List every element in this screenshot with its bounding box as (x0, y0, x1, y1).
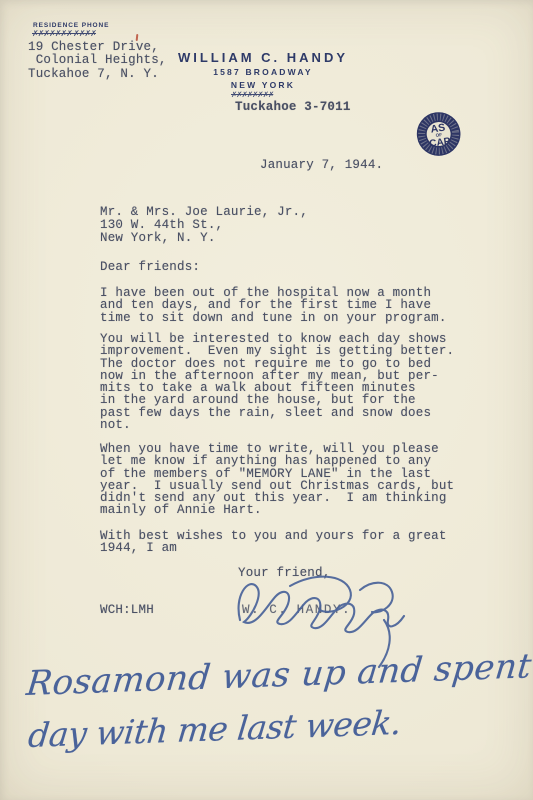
letter-date: January 7, 1944. (260, 159, 383, 171)
handwritten-note: Rosamond was up and spent a day with me … (26, 645, 533, 755)
paragraph-4: With best wishes to you and yours for a … (100, 530, 447, 555)
typed-phone: Tuckahoe 3-7011 (235, 101, 351, 113)
handwritten-note-line-2: day with me last week. (26, 697, 533, 755)
paragraph-2: You will be interested to know each day … (100, 333, 454, 431)
salutation: Dear friends: (100, 261, 200, 273)
letterhead-city: NEW YORK (163, 80, 363, 90)
letterhead-street: 1587 BROADWAY (163, 67, 363, 77)
letterhead-name: WILLIAM C. HANDY (163, 50, 363, 65)
paragraph-1: I have been out of the hospital now a mo… (100, 287, 447, 324)
return-address: 19 Chester Drive, Colonial Heights, Tuck… (28, 41, 167, 81)
ascap-seal-icon: AS OF CAP (412, 107, 466, 161)
struck-letterhead-phone: ✗✗✗✗✗✗✗✗ (231, 90, 273, 99)
ascap-seal: AS OF CAP (412, 107, 467, 166)
letter-page: RESIDENCE PHONE ✗✗✗✗✗✗✗ ✗✗✗✗ 19 Chester … (0, 0, 533, 800)
paragraph-3: When you have time to write, will you pl… (100, 443, 454, 517)
struck-residence-phone: ✗✗✗✗✗✗✗ ✗✗✗✗ (32, 29, 96, 38)
recipient-address: Mr. & Mrs. Joe Laurie, Jr., 130 W. 44th … (100, 206, 308, 246)
residence-phone-label: RESIDENCE PHONE (33, 22, 109, 29)
typist-initials: WCH:LMH (100, 604, 154, 616)
